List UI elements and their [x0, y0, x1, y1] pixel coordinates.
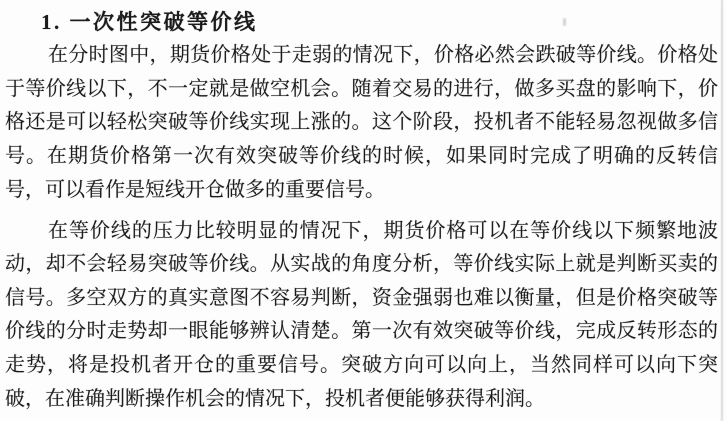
text-line: 在等价线的压力比较明显的情况下，期货价格可以在等价线以下频繁地波 — [5, 217, 718, 250]
scan-edge-artifact — [721, 0, 723, 421]
text-line: 价线的分时走势却一眼能够辨认清楚。第一次有效突破等价线，完成反转形态的 — [5, 317, 718, 350]
text-line: 信号。多空双方的真实意图不容易判断，资金强弱也难以衡量，但是价格突破等 — [5, 284, 718, 317]
text-line: 号。在期货价格第一次有效突破等价线的时候，如果同时完成了明确的反转信 — [5, 142, 718, 175]
text-line: 于等价线以下，不一定就是做空机会。随着交易的进行，做多买盘的影响下，价 — [5, 75, 718, 108]
text-line: 破，在准确判断操作机会的情况下，投机者便能够获得利润。 — [5, 385, 718, 418]
text-line: 动，却不会轻易突破等价线。从实战的角度分析，等价线实际上就是判断买卖的 — [5, 250, 718, 283]
text-line: 号，可以看作是短线开仓做多的重要信号。 — [5, 176, 718, 209]
section-heading: 1. 一次性突破等价线 — [41, 6, 258, 36]
scan-speck-artifact — [563, 18, 566, 26]
text-line: 走势，将是投机者开仓的重要信号。突破方向可以向上，当然同样可以向下突 — [5, 351, 718, 384]
text-line: 在分时图中，期货价格处于走弱的情况下，价格必然会跌破等价线。价格处 — [5, 41, 718, 74]
scanned-document-page: 1. 一次性突破等价线 在分时图中，期货价格处于走弱的情况下，价格必然会跌破等价… — [0, 0, 727, 421]
text-line: 格还是可以轻松突破等价线实现上涨的。这个阶段，投机者不能轻易忽视做多信 — [5, 108, 718, 141]
